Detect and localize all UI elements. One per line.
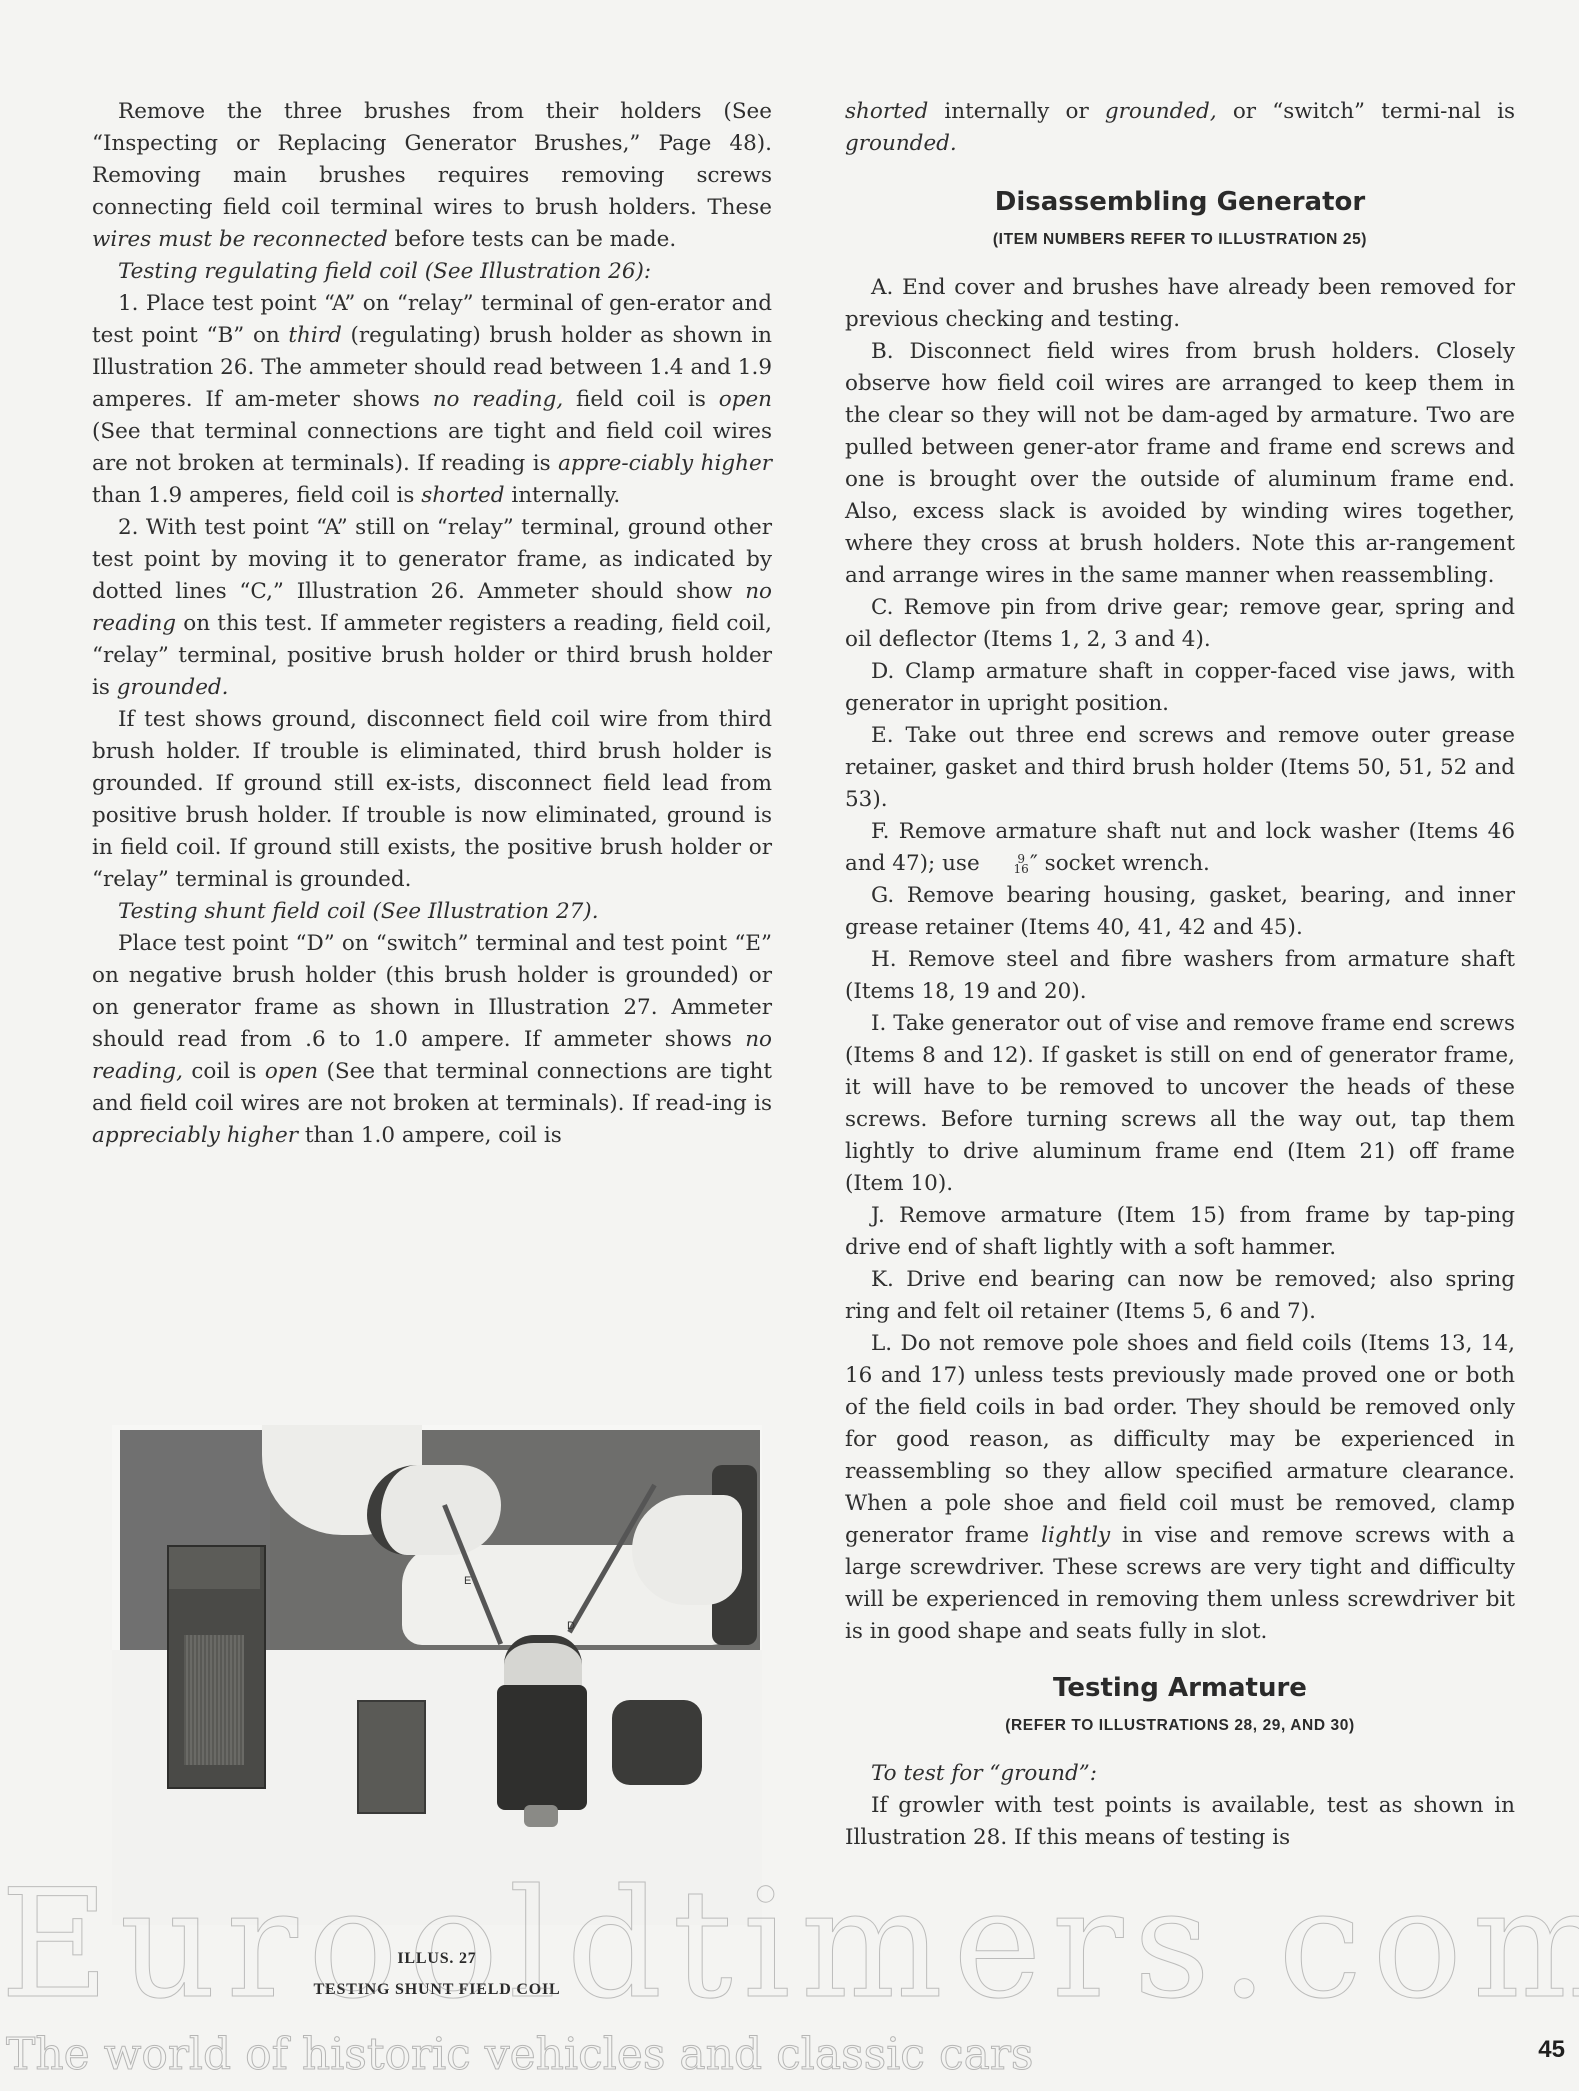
illustration-27-photo: E D — [112, 1425, 762, 1925]
watermark-tagline: The world of historic vehicles and class… — [6, 2030, 1033, 2080]
paragraph-ground-test: If test shows ground, disconnect field c… — [92, 704, 772, 896]
section-subheading-refer-illustrations: (REFER TO ILLUSTRATIONS 28, 29, AND 30) — [845, 1710, 1515, 1742]
step-c: C. Remove pin from drive gear; remove ge… — [845, 592, 1515, 656]
paragraph-growler-test: If growler with test points is available… — [845, 1790, 1515, 1854]
figure-caption-number: ILLUS. 27 — [112, 1950, 762, 1968]
section-heading-disassembling-generator: Disassembling Generator — [845, 186, 1515, 218]
section-subheading-item-numbers: (ITEM NUMBERS REFER TO ILLUSTRATION 25) — [845, 224, 1515, 256]
photo-left-hand — [367, 1465, 501, 1555]
photo-generator-body — [497, 1685, 587, 1810]
step-g: G. Remove bearing housing, gasket, beari… — [845, 880, 1515, 944]
step-b: B. Disconnect field wires from brush hol… — [845, 336, 1515, 592]
photo-rheostat — [357, 1700, 426, 1814]
paragraph-step-2: 2. With test point “A” still on “relay” … — [92, 512, 772, 704]
subhead-shunt-field-coil: Testing shunt field coil (See Illustrati… — [92, 896, 772, 928]
photo-end-cover — [612, 1700, 702, 1785]
left-column: Remove the three brushes from their hold… — [92, 96, 772, 1152]
figure-caption-title: TESTING SHUNT FIELD COIL — [112, 1981, 762, 1999]
fraction-nine-sixteenths: 916 — [988, 854, 1029, 874]
step-l: L. Do not remove pole shoes and field co… — [845, 1328, 1515, 1648]
photo-right-hand — [632, 1495, 742, 1605]
step-i: I. Take generator out of vise and remove… — [845, 1008, 1515, 1200]
photo-ammeter-grille — [184, 1635, 244, 1765]
photo-label-e: E — [464, 1575, 471, 1587]
section-heading-testing-armature: Testing Armature — [845, 1672, 1515, 1704]
page-number: 45 — [1538, 2036, 1565, 2064]
paragraph-remove-brushes: Remove the three brushes from their hold… — [92, 96, 772, 256]
step-f: F. Remove armature shaft nut and lock wa… — [845, 816, 1515, 880]
photo-generator-shaft — [524, 1805, 558, 1827]
step-e: E. Take out three end screws and remove … — [845, 720, 1515, 816]
paragraph-step-1: 1. Place test point “A” on “relay” termi… — [92, 288, 772, 512]
paragraph-shunt-test: Place test point “D” on “switch” termina… — [92, 928, 772, 1152]
right-column: shorted internally or grounded, or “swit… — [845, 96, 1515, 1854]
photo-ammeter-top — [169, 1547, 260, 1589]
step-k: K. Drive end bearing can now be removed;… — [845, 1264, 1515, 1328]
step-a: A. End cover and brushes have already be… — [845, 272, 1515, 336]
photo-label-d: D — [567, 1620, 575, 1632]
step-h: H. Remove steel and fibre washers from a… — [845, 944, 1515, 1008]
step-d: D. Clamp armature shaft in copper-faced … — [845, 656, 1515, 720]
subhead-test-for-ground: To test for “ground”: — [845, 1758, 1515, 1790]
step-j: J. Remove armature (Item 15) from frame … — [845, 1200, 1515, 1264]
paragraph-continued: shorted internally or grounded, or “swit… — [845, 96, 1515, 160]
subhead-regulating-field-coil: Testing regulating field coil (See Illus… — [92, 256, 772, 288]
